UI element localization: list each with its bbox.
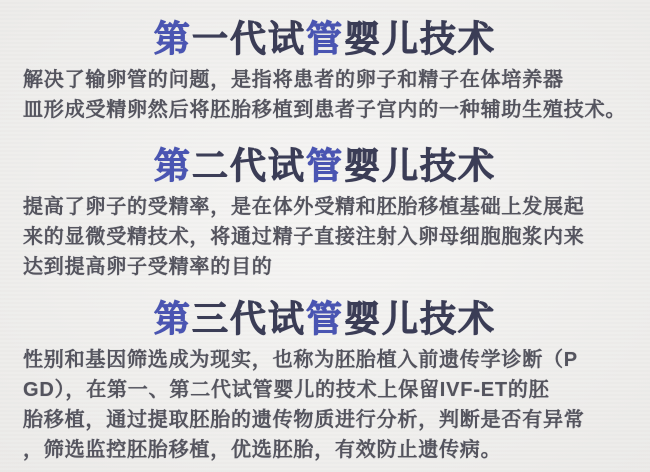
text-line: 提高了卵子的受精率，是在体外受精和胚胎移植基础上发展起 [23,192,634,222]
text-line: 胎移植，通过提取胚胎的遗传物质进行分析，判断是否有异常 [23,405,634,435]
text-line: 解决了输卵管的问题，是指将患者的卵子和精子在体培养器 [23,65,634,95]
section-paragraph-gen-3: 性别和基因筛选成为现实，也称为胚胎植入前遗传学诊断（PGD），在第一、第二代试管… [23,345,634,465]
text-line: GD），在第一、第二代试管婴儿的技术上保留IVF-ET的胚 [23,375,634,405]
section-title-gen-3: 第三代试管婴儿技术 [0,298,650,340]
text-line: 达到提高卵子受精率的目的 [23,252,634,282]
ivf-generations-infographic: 第一代试管婴儿技术 解决了输卵管的问题，是指将患者的卵子和精子在体培养器皿形成受… [0,0,650,472]
section-gen-3: 第三代试管婴儿技术 性别和基因筛选成为现实，也称为胚胎植入前遗传学诊断（PGD）… [0,298,650,465]
section-paragraph-gen-2: 提高了卵子的受精率，是在体外受精和胚胎移植基础上发展起来的显微受精技术，将通过精… [23,192,634,282]
section-title-gen-1: 第一代试管婴儿技术 [0,18,650,60]
section-title-gen-2: 第二代试管婴儿技术 [0,145,650,187]
text-line: 性别和基因筛选成为现实，也称为胚胎植入前遗传学诊断（P [23,345,634,375]
section-paragraph-gen-1: 解决了输卵管的问题，是指将患者的卵子和精子在体培养器皿形成受精卵然后将胚胎移植到… [23,65,634,125]
text-line: ，筛选监控胚胎移植，优选胚胎，有效防止遗传病。 [23,435,634,465]
section-gen-2: 第二代试管婴儿技术 提高了卵子的受精率，是在体外受精和胚胎移植基础上发展起来的显… [0,145,650,282]
section-gen-1: 第一代试管婴儿技术 解决了输卵管的问题，是指将患者的卵子和精子在体培养器皿形成受… [0,18,650,125]
text-line: 来的显微受精技术，将通过精子直接注射入卵母细胞胞浆内来 [23,222,634,252]
text-line: 皿形成受精卵然后将胚胎移植到患者子宫内的一种辅助生殖技术。 [23,95,634,125]
